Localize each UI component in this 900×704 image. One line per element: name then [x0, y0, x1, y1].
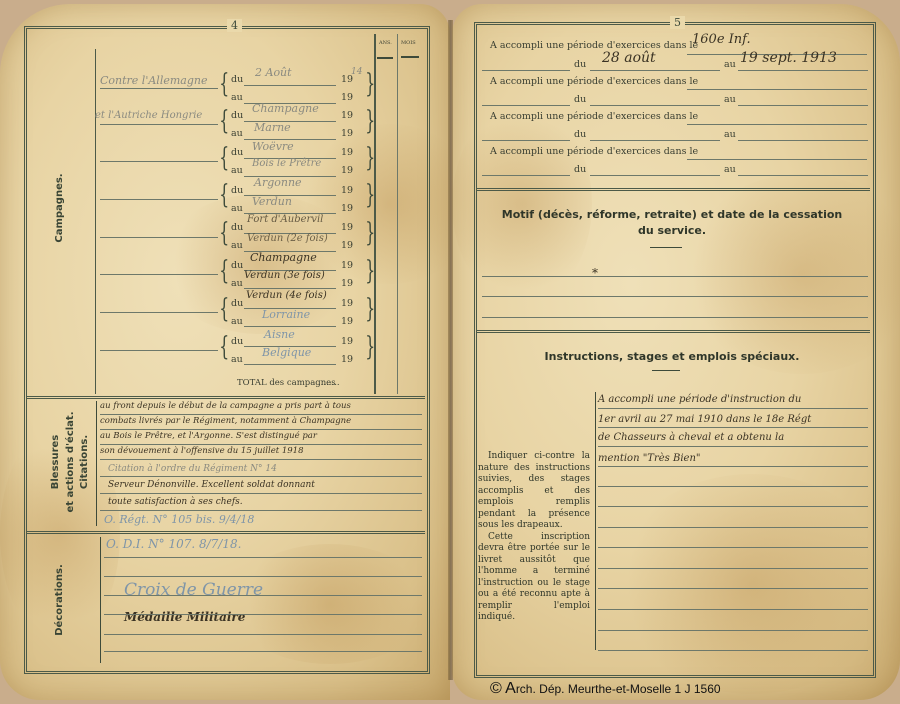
- book-spine: [448, 20, 453, 680]
- year-au: 19: [341, 240, 353, 251]
- au-label: au: [231, 128, 243, 139]
- year-du: 19: [341, 222, 353, 233]
- campaign-au: Verdun (3e fois): [244, 270, 325, 281]
- year-au: 19: [341, 278, 353, 289]
- campaign-au: Verdun: [252, 195, 292, 208]
- period-prefix: A accompli une période d'exercices dans …: [490, 146, 698, 157]
- total-dots: ........: [318, 378, 340, 388]
- au-label: au: [231, 165, 243, 176]
- du-label: du: [231, 222, 243, 233]
- section-label-decorations: Décorations.: [54, 560, 66, 640]
- year-du: 19: [341, 110, 353, 121]
- citation-line: O. Régt. N° 105 bis. 9/4/18: [104, 513, 254, 526]
- instructions-note-text: Indiquer ci-contre la nature des instruc…: [478, 451, 590, 532]
- campaign-du: 2 Août: [255, 66, 292, 79]
- page-number: 4: [227, 19, 242, 32]
- year-du: 19: [341, 336, 353, 347]
- du-label: du: [231, 147, 243, 158]
- year-au: 19: [341, 203, 353, 214]
- decoration-line: Croix de Guerre: [124, 580, 263, 600]
- instructions-heading: Instructions, stages et emplois spéciaux…: [482, 350, 862, 363]
- period-prefix: A accompli une période d'exercices dans …: [490, 40, 698, 51]
- campaign-label: Contre l'Allemagne: [100, 74, 207, 87]
- instructions-note: Indiquer ci-contre la nature des instruc…: [478, 451, 590, 624]
- citation-line: au front depuis le début de la campagne …: [100, 401, 351, 411]
- du-label: du: [574, 129, 586, 140]
- au-label: au: [231, 316, 243, 327]
- au-label: au: [724, 94, 736, 105]
- section-label-actions: et actions d'éclat.: [65, 407, 77, 517]
- citation-line: toute satisfaction à ses chefs.: [108, 497, 243, 507]
- year-au: 19: [341, 92, 353, 103]
- campaign-du: Aisne: [264, 328, 295, 341]
- section-label-campagnes: Campagnes.: [54, 168, 66, 248]
- campaign-du: Woëvre: [252, 140, 294, 153]
- instruction-line: de Chasseurs à cheval et a obtenu la: [598, 432, 784, 443]
- period-du: 28 août: [602, 50, 656, 66]
- au-label: au: [231, 278, 243, 289]
- left-page: 4 ANS. MOIS Campagnes. Contre l'Allemagn…: [0, 4, 450, 700]
- archive-credit: © Arch. Dép. Meurthe-et-Moselle 1 J 1560: [490, 680, 721, 698]
- year-du: 19: [341, 185, 353, 196]
- motif-heading-line2: du service.: [482, 224, 862, 237]
- page-number: 5: [670, 16, 685, 29]
- au-label: au: [724, 59, 736, 70]
- year-du: 19: [341, 147, 353, 158]
- instruction-line: A accompli une période d'instruction du: [598, 394, 801, 405]
- col-header-mois: MOIS: [401, 40, 416, 46]
- period-prefix: A accompli une période d'exercices dans …: [490, 76, 698, 87]
- campaign-du: Argonne: [254, 176, 302, 189]
- au-label: au: [231, 240, 243, 251]
- citation-line: combats livrés par le Régiment, notammen…: [100, 416, 351, 426]
- motif-heading: Motif (décès, réforme, retraite) et date…: [482, 208, 862, 237]
- du-label: du: [231, 298, 243, 309]
- year-au: 19: [341, 354, 353, 365]
- decoration-line: Médaille Militaire: [124, 610, 245, 624]
- year-du: 19: [341, 298, 353, 309]
- citation-line: Serveur Dénonville. Excellent soldat don…: [108, 480, 315, 490]
- au-label: au: [724, 164, 736, 175]
- campaign-au: Lorraine: [262, 308, 310, 321]
- period-unit: 160e Inf.: [692, 32, 751, 47]
- du-label: du: [231, 185, 243, 196]
- du-label: du: [231, 260, 243, 271]
- period-prefix: A accompli une période d'exercices dans …: [490, 111, 698, 122]
- motif-mark: *: [592, 266, 598, 280]
- instruction-line: 1er avril au 27 mai 1910 dans le 18e Rég…: [598, 414, 811, 425]
- campaign-label: et l'Autriche Hongrie: [95, 110, 202, 121]
- instructions-note-text2: Cette inscription devra être portée sur …: [478, 532, 590, 624]
- copyright-icon: ©: [490, 680, 502, 697]
- campaign-au: Verdun (2e fois): [247, 233, 328, 244]
- du-label: du: [574, 94, 586, 105]
- campaign-du: Champagne: [250, 251, 317, 264]
- year-au: 19: [341, 165, 353, 176]
- citation-line: Citation à l'ordre du Régiment N° 14: [108, 464, 277, 474]
- du-label: du: [231, 336, 243, 347]
- campaign-du: Fort d'Aubervil: [247, 214, 323, 225]
- section-label-citations: Citations.: [79, 412, 91, 512]
- credit-initial: A: [505, 680, 516, 697]
- campaign-du: Verdun (4e fois): [246, 290, 327, 301]
- instruction-line: mention "Très Bien": [598, 453, 700, 464]
- campaign-au: Bois le Prêtre: [252, 158, 321, 169]
- au-label: au: [231, 203, 243, 214]
- au-label: au: [724, 129, 736, 140]
- au-label: au: [231, 354, 243, 365]
- campaign-au: Marne: [254, 121, 291, 134]
- citation-line: au Bois le Prêtre, et l'Argonne. S'est d…: [100, 431, 317, 441]
- credit-text: rch. Dép. Meurthe-et-Moselle 1 J 1560: [516, 682, 721, 696]
- du-label: du: [231, 110, 243, 121]
- col-header-ans: ANS.: [379, 40, 392, 46]
- motif-heading-line1: Motif (décès, réforme, retraite) et date…: [482, 208, 862, 221]
- campaign-au: Belgique: [262, 346, 311, 359]
- year-du: 19: [341, 260, 353, 271]
- du-label: du: [231, 74, 243, 85]
- period-au: 19 sept. 1913: [740, 50, 837, 66]
- citation-line: son dévouement à l'offensive du 15 juill…: [100, 446, 304, 456]
- campaign-du: Champagne: [252, 102, 319, 115]
- du-label: du: [574, 59, 586, 70]
- du-label: du: [574, 164, 586, 175]
- decoration-line: O. D.I. N° 107. 8/7/18.: [106, 537, 241, 551]
- section-label-blessures: Blessures: [50, 412, 62, 512]
- year-au: 19: [341, 128, 353, 139]
- year-du-hand: 14: [351, 67, 362, 77]
- year-au: 19: [341, 316, 353, 327]
- right-page: 5 A accompli une période d'exercices dan…: [452, 4, 900, 700]
- au-label: au: [231, 92, 243, 103]
